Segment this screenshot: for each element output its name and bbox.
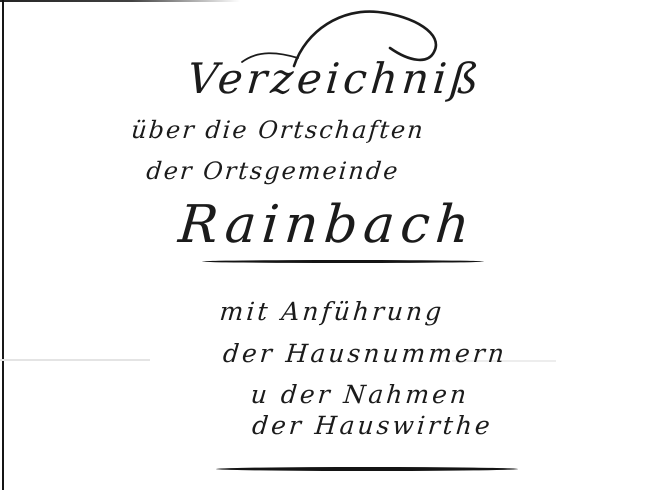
document-title: Verzeichniß — [158, 56, 512, 102]
place-name: Rainbach — [164, 197, 489, 254]
details-line-2: der Hausnummern — [204, 340, 526, 368]
details-line-3: u der Nahmen — [214, 381, 506, 409]
scan-edge-left — [2, 0, 4, 490]
scanned-document-page: Verzeichniß über die Ortschaften der Ort… — [0, 0, 654, 490]
details-line-4: der Hauswirthe — [224, 412, 521, 440]
details-line-1: mit Anführung — [181, 298, 483, 326]
subtitle-line-1: über die Ortschaften — [127, 117, 429, 143]
subtitle-line-2: der Ortsgemeinde — [122, 158, 424, 184]
closing-rule — [216, 467, 518, 471]
scan-streak-left — [0, 359, 150, 361]
scan-edge-top — [0, 0, 240, 2]
place-name-underline — [202, 260, 484, 263]
